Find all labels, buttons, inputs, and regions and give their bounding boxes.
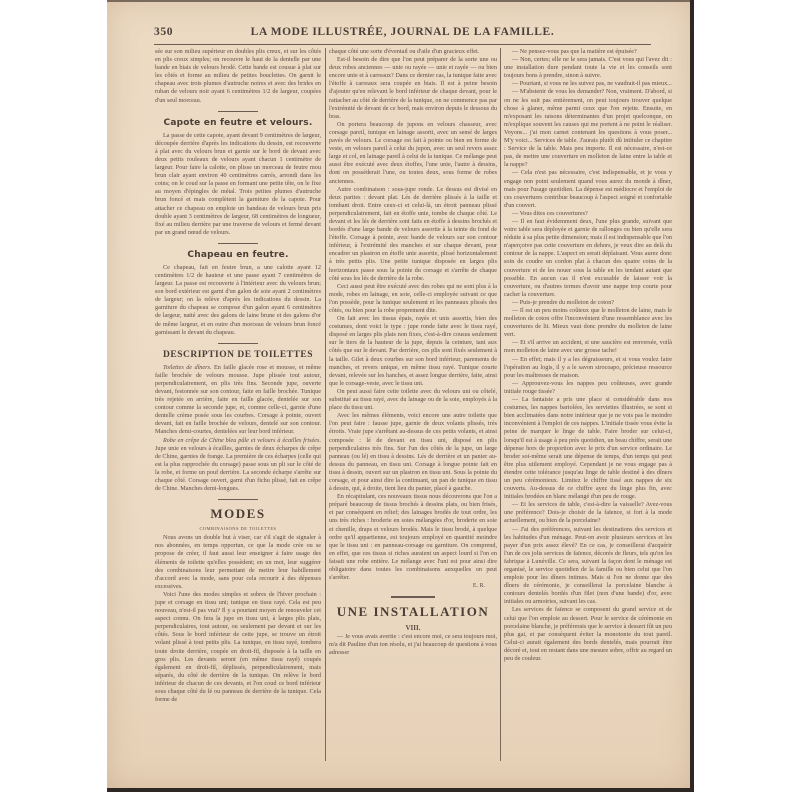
dialogue-paragraph: — En effet; mais il y a les dégraisseurs… — [504, 356, 672, 380]
dialogue-paragraph: — Ne pensez-vous pas que la matière est … — [504, 48, 672, 56]
dialogue-paragraph: — Pourtant, si vous ne les suivez pas, n… — [504, 80, 672, 88]
section-separator — [391, 596, 435, 598]
mid-paragraph: chaque côté une sorte d'éventail ou d'ai… — [329, 48, 497, 56]
page-edge-right — [690, 0, 694, 792]
chapter-number: VIII. — [329, 623, 497, 633]
dialogue-paragraph: — Cela n'est pas nécessaire, c'est indis… — [504, 169, 672, 209]
dialogue-paragraph: Les services de faïence se composent du … — [504, 606, 672, 663]
page-edge-bottom — [107, 788, 694, 792]
description-para-1-lead: Toilettes de dîners. — [163, 364, 212, 371]
dialogue-paragraph: — Il est un peu moins coûteux que le mol… — [504, 307, 672, 339]
section-separator — [218, 243, 258, 244]
left-column: sée sur son milieu supérieur en doubles … — [155, 48, 321, 704]
section-subtitle-modes: COMBINAISONS DE TOILETTES — [155, 525, 321, 532]
right-column: — Ne pensez-vous pas que la matière est … — [504, 48, 672, 663]
mid-paragraph: On portera beaucoup de jupons en velours… — [329, 121, 497, 186]
author-signature: E. R. — [329, 582, 497, 590]
header-rule — [154, 44, 651, 45]
section-separator — [218, 343, 258, 344]
page-header: 350 LA MODE ILLUSTRÉE, JOURNAL DE LA FAM… — [154, 26, 651, 42]
section-title-capote: Capote en feutre et velours. — [155, 118, 321, 129]
dialogue-paragraph: — Et s'il arrive un accident, si une sau… — [504, 339, 672, 355]
mid-paragraph: Avec les mêmes éléments, voici encore un… — [329, 412, 497, 493]
description-para-1: Toilettes de dîners. En faille glacée ro… — [155, 364, 321, 437]
modes-para-2: Voici l'une des modes simples et sobres … — [155, 591, 321, 704]
mid-paragraph: Autre combinaison : sous-jupe ronde. Le … — [329, 186, 497, 283]
journal-title: LA MODE ILLUSTRÉE, JOURNAL DE LA FAMILLE… — [154, 26, 651, 38]
column-divider — [325, 48, 326, 761]
mid-paragraph: En récapitulant, ces nouveaux tissus nou… — [329, 493, 497, 582]
mid-paragraph: On fait avec les tissus épais, rayés et … — [329, 315, 497, 388]
dialogue-paragraph: — La fantaisie a pris une place si consi… — [504, 396, 672, 501]
chapeau-text: Ce chapeau, fait en feutre brun, a une c… — [155, 264, 321, 337]
dialogue-paragraph: — Et les services de table, c'est-à-dire… — [504, 501, 672, 525]
column-divider — [500, 48, 501, 761]
capote-text: La passe de cette capote, ayant devant 9… — [155, 132, 321, 237]
section-title-chapeau: Chapeau en feutre. — [155, 250, 321, 261]
description-para-2: Robe en crêpe de Chine bleu pâle et velo… — [155, 437, 321, 494]
section-separator — [218, 111, 258, 112]
newspaper-page: 350 LA MODE ILLUSTRÉE, JOURNAL DE LA FAM… — [107, 0, 692, 790]
modes-para-1: Nous avons un double but à viser, car s'… — [155, 534, 321, 591]
dialogue-paragraph: — Puis-je prendre du molleton de coton? — [504, 299, 672, 307]
dialogue-paragraph: — J'ai des préférences, suivant les dest… — [504, 526, 672, 607]
description-para-2-text: Jupe unie en velours à écailles, garnies… — [155, 445, 321, 492]
dialogue-paragraph: — Approuvez-vous les nappes peu coûteuse… — [504, 380, 672, 396]
section-title-description: DESCRIPTION DE TOILETTES — [155, 350, 321, 361]
mid-paragraph: Ceci aussi peut être exécuté avec des ro… — [329, 283, 497, 315]
installation-text: — Je vous avais avertie : c'est encore m… — [329, 633, 497, 657]
mid-paragraph: Est-il besoin de dire que l'on peut prép… — [329, 56, 497, 121]
dialogue-paragraph: — M'abstenir de vous les demander? Non, … — [504, 88, 672, 169]
section-title-installation: UNE INSTALLATION — [329, 604, 497, 620]
section-title-modes: MODES — [155, 506, 321, 522]
description-para-2-lead: Robe en crêpe de Chine bleu pâle et velo… — [163, 437, 321, 444]
page-edge-top — [107, 0, 692, 2]
mid-paragraph: On peut aussi faire cette toilette avec … — [329, 388, 497, 412]
dialogue-paragraph: — Vous dites ces couvertures? — [504, 210, 672, 218]
intro-paragraph: sée sur son milieu supérieur en doubles … — [155, 48, 321, 105]
section-separator — [218, 499, 258, 500]
dialogue-paragraph: — Il en faut évidemment deux, l'une plus… — [504, 218, 672, 299]
dialogue-paragraph: — Non, certes; elle ne le sera jamais. C… — [504, 56, 672, 80]
middle-column: chaque côté une sorte d'éventail ou d'ai… — [329, 48, 497, 658]
description-para-1-text: En faille glacée rose et mousse, et même… — [155, 364, 321, 436]
